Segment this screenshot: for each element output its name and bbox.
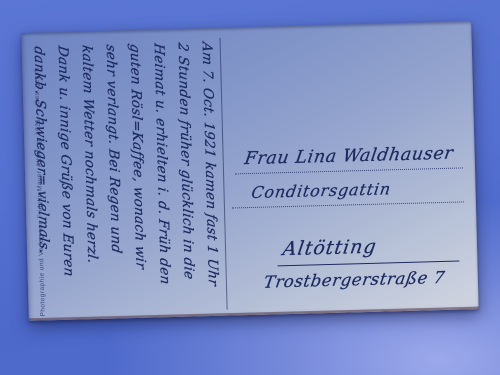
postcard: Photographie und Verlag von Fridolin May… (21, 21, 478, 321)
city-underline (277, 261, 459, 267)
address-city: Altötting (281, 236, 378, 261)
photo-background: Photographie und Verlag von Fridolin May… (0, 0, 500, 375)
address-dotted-line (232, 201, 464, 208)
address-occupation: Conditorsgattin (250, 179, 392, 202)
address-street: Trostbergerstraße 7 (262, 268, 446, 292)
address-recipient-name: Frau Lina Waldhauser (243, 144, 455, 170)
address-block: Frau Lina Waldhauser Conditorsgattin Alt… (219, 21, 478, 315)
message-handwriting: Am 7. Oct. 1921 kamen fast 1 Uhr 2 Stund… (25, 42, 226, 315)
